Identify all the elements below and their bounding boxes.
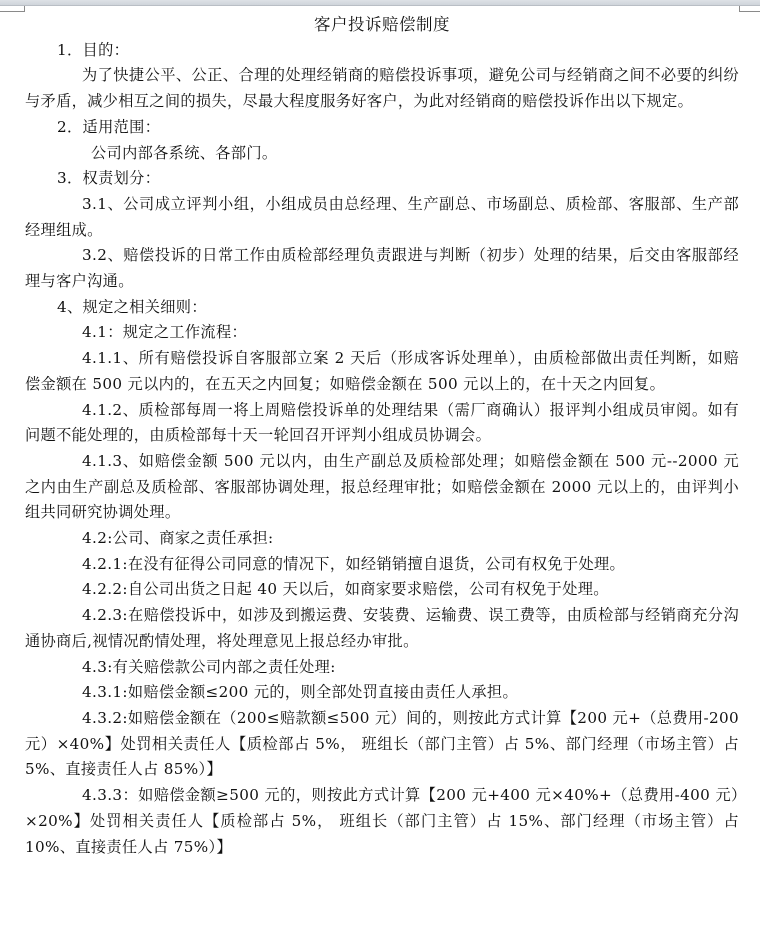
section-1-heading: 1．目的： xyxy=(25,38,739,64)
section-4-heading: 4、规定之相关细则： xyxy=(25,295,739,321)
clause-4-2-2: 4.2.2:自公司出货之日起 40 天以后，如商家要求赔偿，公司有权免于处理。 xyxy=(25,577,739,603)
section-2-heading: 2．适用范围： xyxy=(25,115,739,141)
clause-4-2: 4.2:公司、商家之责任承担: xyxy=(25,526,739,552)
clause-3-1: 3.1、公司成立评判小组，小组成员由总经理、生产副总、市场副总、质检部、客服部、… xyxy=(25,192,739,243)
clause-4-2-1: 4.2.1:在没有征得公司同意的情况下，如经销销擅自退货，公司有权免于处理。 xyxy=(25,552,739,578)
clause-4-2-3: 4.2.3:在赔偿投诉中，如涉及到搬运费、安装费、运输费、误工费等，由质检部与经… xyxy=(25,603,739,654)
margin-corner-mark-left xyxy=(0,6,25,12)
document-title: 客户投诉赔偿制度 xyxy=(25,12,739,38)
clause-4-3-1: 4.3.1:如赔偿金额≤200 元的，则全部处罚直接由责任人承担。 xyxy=(25,680,739,706)
section-1-body: 为了快捷公平、公正、合理的处理经销商的赔偿投诉事项，避免公司与经销商之间不必要的… xyxy=(25,63,739,114)
clause-3-2: 3.2、赔偿投诉的日常工作由质检部经理负责跟进与判断（初步）处理的结果，后交由客… xyxy=(25,243,739,294)
margin-corner-mark-right xyxy=(739,6,760,12)
clause-4-3-2: 4.3.2:如赔偿金额在（200≤赔款额≤500 元）间的，则按此方式计算【20… xyxy=(25,706,739,783)
clause-4-3-3: 4.3.3：如赔偿金额≥500 元的，则按此方式计算【200 元+400 元×4… xyxy=(25,783,739,860)
clause-4-1-2: 4.1.2、质检部每周一将上周赔偿投诉单的处理结果（需厂商确认）报评判小组成员审… xyxy=(25,398,739,449)
section-2-body: 公司内部各系统、各部门。 xyxy=(25,141,739,167)
section-3-heading: 3．权责划分： xyxy=(25,166,739,192)
clause-4-1-1: 4.1.1、所有赔偿投诉自客服部立案 2 天后（形成客诉处理单），由质检部做出责… xyxy=(25,346,739,397)
clause-4-1-3: 4.1.3、如赔偿金额 500 元以内，由生产副总及质检部处理；如赔偿金额在 5… xyxy=(25,449,739,526)
document-page: 客户投诉赔偿制度 1．目的： 为了快捷公平、公正、合理的处理经销商的赔偿投诉事项… xyxy=(25,12,739,860)
window-top-bar xyxy=(0,0,760,6)
clause-4-3: 4.3:有关赔偿款公司内部之责任处理: xyxy=(25,655,739,681)
clause-4-1: 4.1：规定之工作流程： xyxy=(25,320,739,346)
